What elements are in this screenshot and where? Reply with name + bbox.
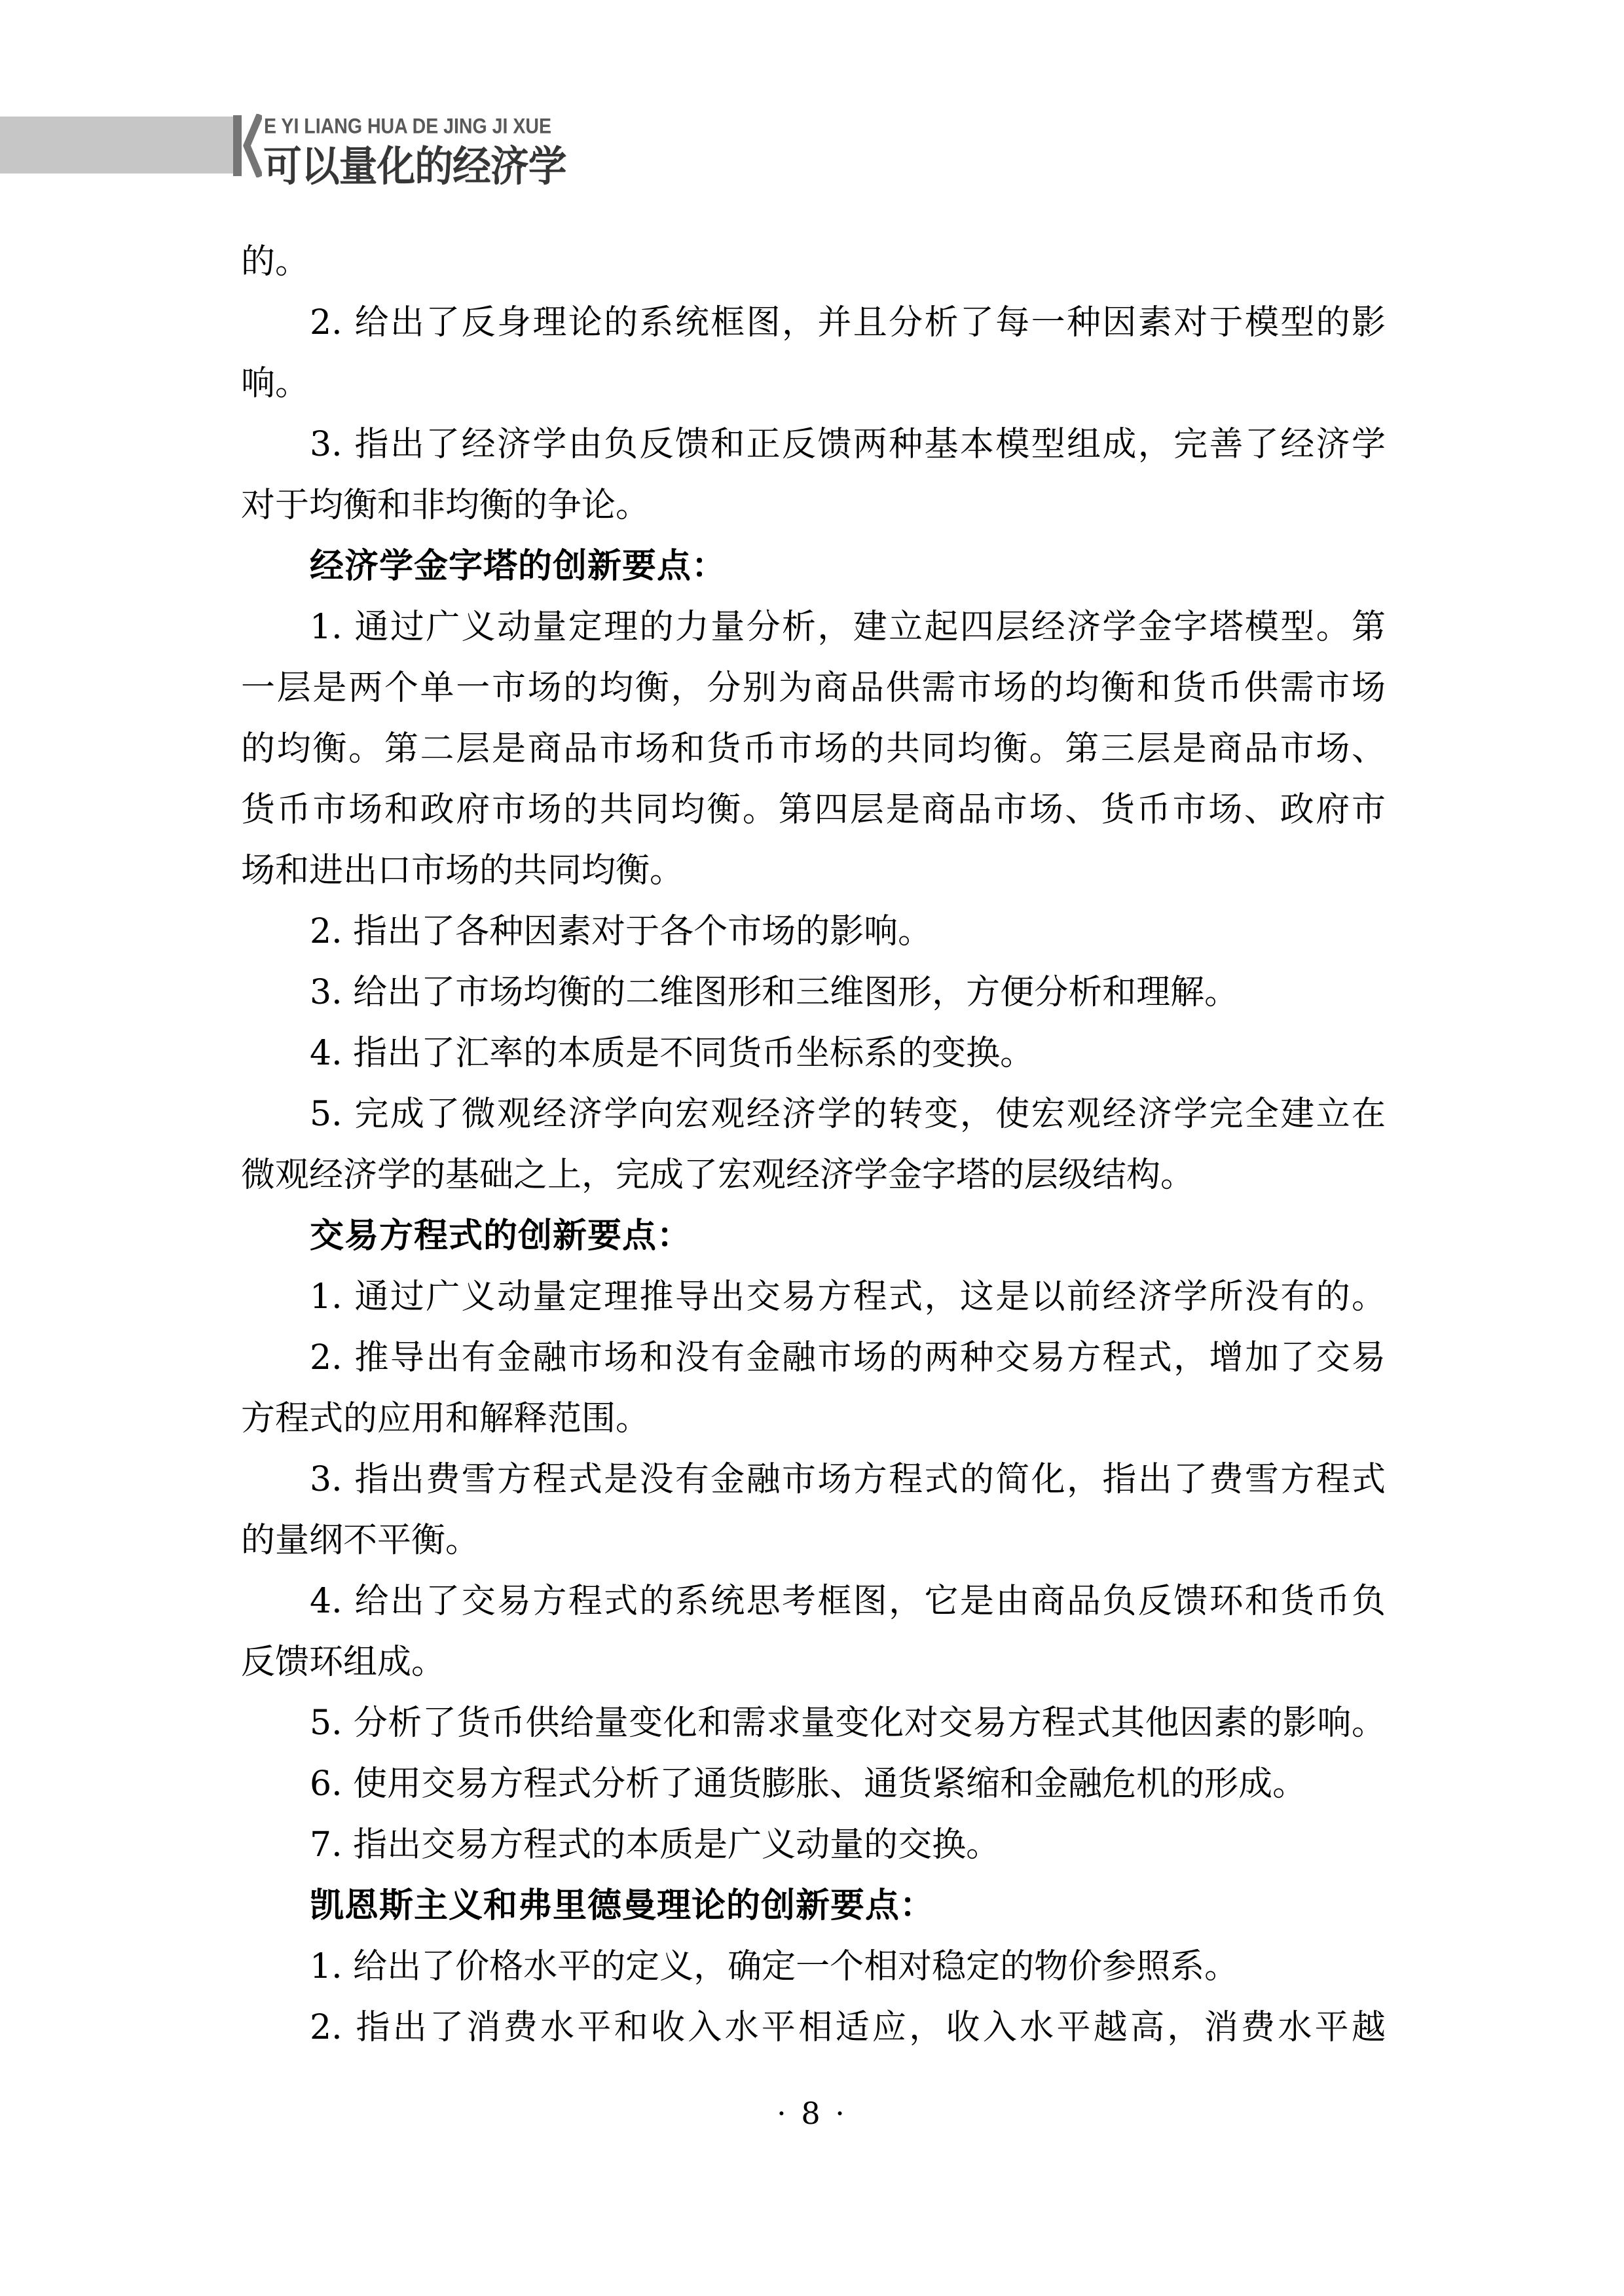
book-page: { "header": { "logo_pinyin": "E YI LIANG… bbox=[0, 0, 1624, 2296]
text-line: 的均衡。第二层是商品市场和货币市场的共同均衡。第三层是商品市场、 bbox=[241, 719, 1386, 780]
text-line: 1. 给出了价格水平的定义，确定一个相对稳定的物价参照系。 bbox=[241, 1937, 1386, 1997]
section-heading: 凯恩斯主义和弗里德曼理论的创新要点： bbox=[241, 1876, 1386, 1937]
text-line: 2. 推导出有金融市场和没有金融市场的两种交易方程式，增加了交易 bbox=[241, 1328, 1386, 1389]
text-line: 响。 bbox=[241, 354, 1386, 414]
page-header: E YI LIANG HUA DE JING JI XUE 可以量化的经济学 bbox=[0, 0, 1624, 196]
text-line: 4. 指出了汇率的本质是不同货币坐标系的变换。 bbox=[241, 1023, 1386, 1084]
text-line: 1. 通过广义动量定理推导出交易方程式，这是以前经济学所没有的。 bbox=[241, 1267, 1386, 1328]
text-line: 一层是两个单一市场的均衡，分别为商品供需市场的均衡和货币供需市场 bbox=[241, 658, 1386, 719]
text-line: 4. 给出了交易方程式的系统思考框图，它是由商品负反馈环和货币负 bbox=[241, 1571, 1386, 1632]
section-heading: 经济学金字塔的创新要点： bbox=[241, 536, 1386, 597]
text-line: 反馈环组成。 bbox=[241, 1632, 1386, 1693]
k-logo-icon bbox=[233, 114, 262, 177]
text-line: 3. 指出费雪方程式是没有金融市场方程式的简化，指出了费雪方程式 bbox=[241, 1449, 1386, 1510]
text-line: 6. 使用交易方程式分析了通货膨胀、通货紧缩和金融危机的形成。 bbox=[241, 1754, 1386, 1815]
text-line: 2. 给出了反身理论的系统框图，并且分析了每一种因素对于模型的影 bbox=[241, 293, 1386, 354]
text-line: 2. 指出了各种因素对于各个市场的影响。 bbox=[241, 902, 1386, 962]
text-line: 2. 指出了消费水平和收入水平相适应，收入水平越高，消费水平越 bbox=[241, 1997, 1386, 2058]
text-line: 1. 通过广义动量定理的力量分析，建立起四层经济学金字塔模型。第 bbox=[241, 597, 1386, 658]
section-heading: 交易方程式的创新要点： bbox=[241, 1206, 1386, 1267]
text-line: 3. 给出了市场均衡的二维图形和三维图形，方便分析和理解。 bbox=[241, 962, 1386, 1023]
text-line: 5. 完成了微观经济学向宏观经济学的转变，使宏观经济学完全建立在 bbox=[241, 1084, 1386, 1145]
header-gray-bar bbox=[0, 117, 234, 173]
page-number: · 8 · bbox=[0, 2092, 1624, 2134]
text-line: 对于均衡和非均衡的争论。 bbox=[241, 475, 1386, 536]
text-line: 微观经济学的基础之上，完成了宏观经济学金字塔的层级结构。 bbox=[241, 1145, 1386, 1206]
text-line: 3. 指出了经济学由负反馈和正反馈两种基本模型组成，完善了经济学 bbox=[241, 414, 1386, 475]
text-line: 方程式的应用和解释范围。 bbox=[241, 1389, 1386, 1449]
body-text: 的。2. 给出了反身理论的系统框图，并且分析了每一种因素对于模型的影响。3. 指… bbox=[241, 232, 1386, 2058]
text-line: 7. 指出交易方程式的本质是广义动量的交换。 bbox=[241, 1815, 1386, 1876]
text-line: 5. 分析了货币供给量变化和需求量变化对交易方程式其他因素的影响。 bbox=[241, 1693, 1386, 1754]
text-line: 的量纲不平衡。 bbox=[241, 1510, 1386, 1571]
logo-title: 可以量化的经济学 bbox=[263, 134, 566, 193]
text-line: 的。 bbox=[241, 232, 1386, 293]
text-line: 货币市场和政府市场的共同均衡。第四层是商品市场、货币市场、政府市 bbox=[241, 780, 1386, 841]
text-line: 场和进出口市场的共同均衡。 bbox=[241, 841, 1386, 902]
